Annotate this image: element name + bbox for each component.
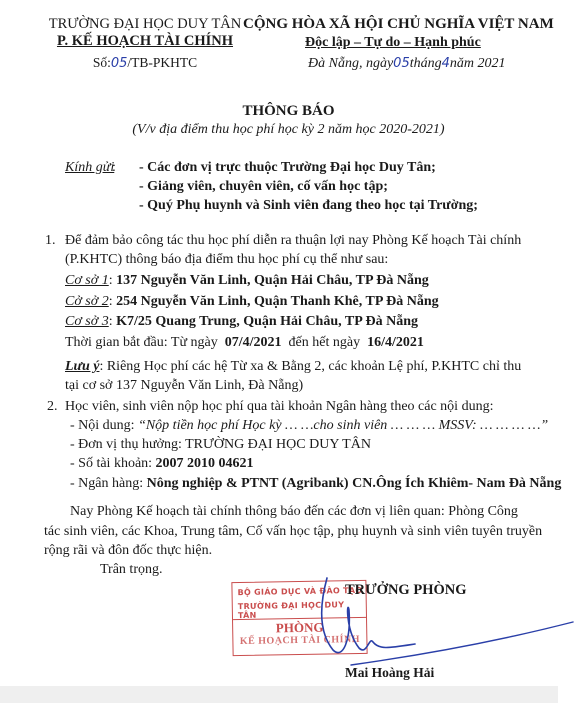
- regards: Trân trọng.: [100, 562, 163, 578]
- recipients-colon: :: [112, 160, 116, 176]
- number-prefix: Số:: [93, 55, 111, 70]
- recipient-item: - Các đơn vị trực thuộc Trường Đại học D…: [139, 160, 436, 176]
- bank-name: - Ngân hàng: Nông nghiệp & PTNT (Agriban…: [70, 476, 561, 492]
- location-label: Cơ sở 3: [65, 314, 109, 329]
- time-mid: đến hết ngày: [289, 335, 361, 350]
- date-prefix: Đà Nẵng, ngày: [308, 56, 393, 71]
- location-label: Cở sở 2: [65, 294, 109, 309]
- collection-period: Thời gian bắt đầu: Từ ngày 07/4/2021 đến…: [65, 335, 424, 351]
- organization-name: TRƯỜNG ĐẠI HỌC DUY TÂN: [40, 16, 250, 33]
- viewer-bottom-bar: [0, 686, 558, 703]
- location-address: 254 Nguyễn Văn Linh, Quận Thanh Khê, TP …: [116, 294, 439, 309]
- closing-line2: tác sinh viên, các Khoa, Trung tâm, Cố v…: [44, 524, 542, 540]
- section1-number: 1.: [45, 233, 56, 249]
- note-line2: tại cơ sở 137 Nguyễn Văn Linh, Đà Nẵng): [65, 378, 303, 394]
- document-title: THÔNG BÁO: [0, 103, 577, 120]
- document-subtitle: (V/v địa điểm thu học phí học kỳ 2 năm h…: [0, 122, 577, 138]
- document-number: Số:05/TB-PKHTC: [40, 55, 250, 71]
- recipient-item: - Quý Phụ huynh và Sinh viên đang theo h…: [139, 198, 478, 214]
- number-handwritten: 05: [111, 56, 128, 71]
- number-suffix: /TB-PKHTC: [127, 55, 197, 70]
- note-label: Lưu ý: [65, 359, 99, 374]
- beneficiary: - Đơn vị thụ hưởng: TRƯỜNG ĐẠI HỌC DUY T…: [70, 437, 371, 453]
- start-date: 07/4/2021: [225, 335, 282, 350]
- national-motto: Độc lập – Tự do – Hạnh phúc: [305, 35, 481, 51]
- account-number: - Số tài khoản: 2007 2010 04621: [70, 456, 254, 472]
- content-label: - Nội dung:: [70, 418, 138, 433]
- section2-number: 2.: [47, 399, 58, 415]
- date-year: năm 2021: [450, 56, 506, 71]
- account-value: 2007 2010 04621: [156, 456, 254, 471]
- note-text: : Riêng Học phí các hệ Từ xa & Bằng 2, c…: [99, 359, 521, 374]
- end-date: 16/4/2021: [367, 335, 424, 350]
- stamp-line1: BỘ GIÁO DỤC VÀ ĐÀO TẠO: [237, 586, 362, 597]
- date-month-label: tháng: [410, 56, 442, 71]
- beneficiary-label: - Đơn vị thụ hưởng:: [70, 437, 185, 452]
- recipient-item: - Giảng viên, chuyên viên, cố vấn học tậ…: [139, 179, 388, 195]
- nation-title: CỘNG HÒA XÃ HỘI CHỦ NGHĨA VIỆT NAM: [243, 16, 554, 33]
- closing-line1: Nay Phòng Kế hoạch tài chính thông báo đ…: [70, 504, 518, 520]
- time-prefix: Thời gian bắt đầu: Từ ngày: [65, 335, 218, 350]
- location-1: Cơ sở 1: 137 Nguyễn Văn Linh, Quận Hải C…: [65, 273, 429, 289]
- recipients-label: Kính gửi: [65, 160, 114, 176]
- location-address: K7/25 Quang Trung, Quận Hải Châu, TP Đà …: [116, 314, 418, 329]
- location-2: Cở sở 2: 254 Nguyễn Văn Linh, Quận Thanh…: [65, 294, 439, 310]
- note-line1: Lưu ý: Riêng Học phí các hệ Từ xa & Bằng…: [65, 359, 521, 375]
- department-name: P. KẾ HOẠCH TÀI CHÍNH: [40, 33, 250, 50]
- document-page: TRƯỜNG ĐẠI HỌC DUY TÂN P. KẾ HOẠCH TÀI C…: [0, 0, 577, 686]
- account-label: - Số tài khoản:: [70, 456, 156, 471]
- section1-intro-line2: (P.KHTC) thông báo địa điểm thu học phí …: [65, 252, 388, 268]
- bank-value: Nông nghiệp & PTNT (Agribank) CN.Ông Ích…: [147, 476, 562, 491]
- section1-intro-line1: Để đảm bảo công tác thu học phí diễn ra …: [65, 233, 521, 249]
- location-3: Cơ sở 3: K7/25 Quang Trung, Quận Hải Châ…: [65, 314, 418, 330]
- content-value: “Nộp tiền học phí Học kỳ … …cho sinh viê…: [138, 418, 548, 433]
- date-month: 4: [442, 56, 450, 71]
- closing-line3: rộng rãi và đôn đốc thực hiện.: [44, 543, 212, 559]
- location-label: Cơ sở 1: [65, 273, 109, 288]
- section2-intro: Học viên, sinh viên nộp học phí qua tài …: [65, 399, 493, 415]
- bank-label: - Ngân hàng:: [70, 476, 147, 491]
- document-date: Đà Nẵng, ngày05tháng4năm 2021: [308, 56, 506, 72]
- payment-content: - Nội dung: “Nộp tiền học phí Học kỳ … ……: [70, 418, 548, 434]
- beneficiary-value: TRƯỜNG ĐẠI HỌC DUY TÂN: [185, 437, 371, 452]
- signer-name: Mai Hoàng Hải: [345, 665, 434, 681]
- location-address: 137 Nguyễn Văn Linh, Quận Hải Châu, TP Đ…: [116, 273, 429, 288]
- signer-title: TRƯỞNG PHÒNG: [345, 582, 467, 599]
- date-day: 05: [393, 56, 410, 71]
- stamp-line4: KẾ HOẠCH TÀI CHÍNH: [233, 634, 366, 647]
